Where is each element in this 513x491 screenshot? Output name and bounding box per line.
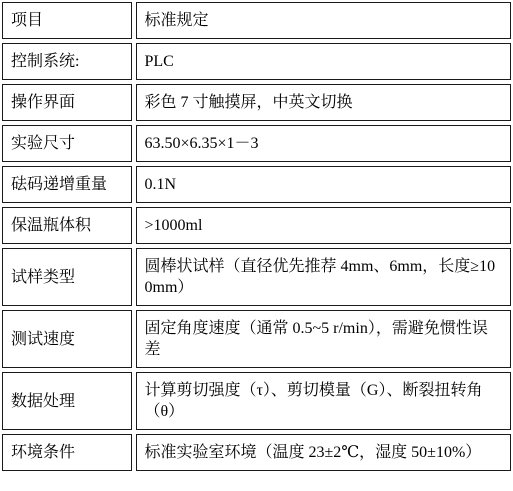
- spec-cell: 标准实验室环境（温度 23±2℃，湿度 50±10%）: [136, 434, 512, 471]
- spec-table: 项目标准规定控制系统:PLC操作界面彩色 7 寸触摸屏，中英文切换实验尺寸63.…: [0, 0, 513, 475]
- table-row: 砝码递增重量0.1N: [2, 166, 511, 203]
- table-header-row: 项目标准规定: [2, 2, 511, 39]
- item-cell: 操作界面: [2, 84, 132, 121]
- table-row: 测试速度固定角度速度（通常 0.5~5 r/min），需避免惯性误差: [2, 310, 511, 368]
- item-cell: 砝码递增重量: [2, 166, 132, 203]
- spec-table-body: 项目标准规定控制系统:PLC操作界面彩色 7 寸触摸屏，中英文切换实验尺寸63.…: [2, 2, 511, 471]
- item-cell: 控制系统:: [2, 43, 132, 80]
- spec-cell: 固定角度速度（通常 0.5~5 r/min），需避免惯性误差: [136, 310, 512, 368]
- item-cell: 测试速度: [2, 310, 132, 368]
- item-cell: 保温瓶体积: [2, 207, 132, 244]
- spec-cell: 计算剪切强度（τ）、剪切模量（G）、断裂扭转角（θ）: [136, 372, 512, 430]
- table-row: 保温瓶体积>1000ml: [2, 207, 511, 244]
- spec-cell: 圆棒状试样（直径优先推荐 4mm、6mm，长度≥100mm）: [136, 248, 512, 306]
- item-cell: 数据处理: [2, 372, 132, 430]
- item-cell: 环境条件: [2, 434, 132, 471]
- header-spec-cell: 标准规定: [136, 2, 512, 39]
- header-item-cell: 项目: [2, 2, 132, 39]
- table-row: 控制系统:PLC: [2, 43, 511, 80]
- table-row: 数据处理计算剪切强度（τ）、剪切模量（G）、断裂扭转角（θ）: [2, 372, 511, 430]
- table-row: 实验尺寸63.50×6.35×1－3: [2, 125, 511, 162]
- spec-cell: >1000ml: [136, 207, 512, 244]
- item-cell: 试样类型: [2, 248, 132, 306]
- item-cell: 实验尺寸: [2, 125, 132, 162]
- table-row: 试样类型圆棒状试样（直径优先推荐 4mm、6mm，长度≥100mm）: [2, 248, 511, 306]
- spec-cell: 彩色 7 寸触摸屏，中英文切换: [136, 84, 512, 121]
- spec-cell: PLC: [136, 43, 512, 80]
- spec-cell: 63.50×6.35×1－3: [136, 125, 512, 162]
- table-row: 操作界面彩色 7 寸触摸屏，中英文切换: [2, 84, 511, 121]
- table-row: 环境条件标准实验室环境（温度 23±2℃，湿度 50±10%）: [2, 434, 511, 471]
- spec-cell: 0.1N: [136, 166, 512, 203]
